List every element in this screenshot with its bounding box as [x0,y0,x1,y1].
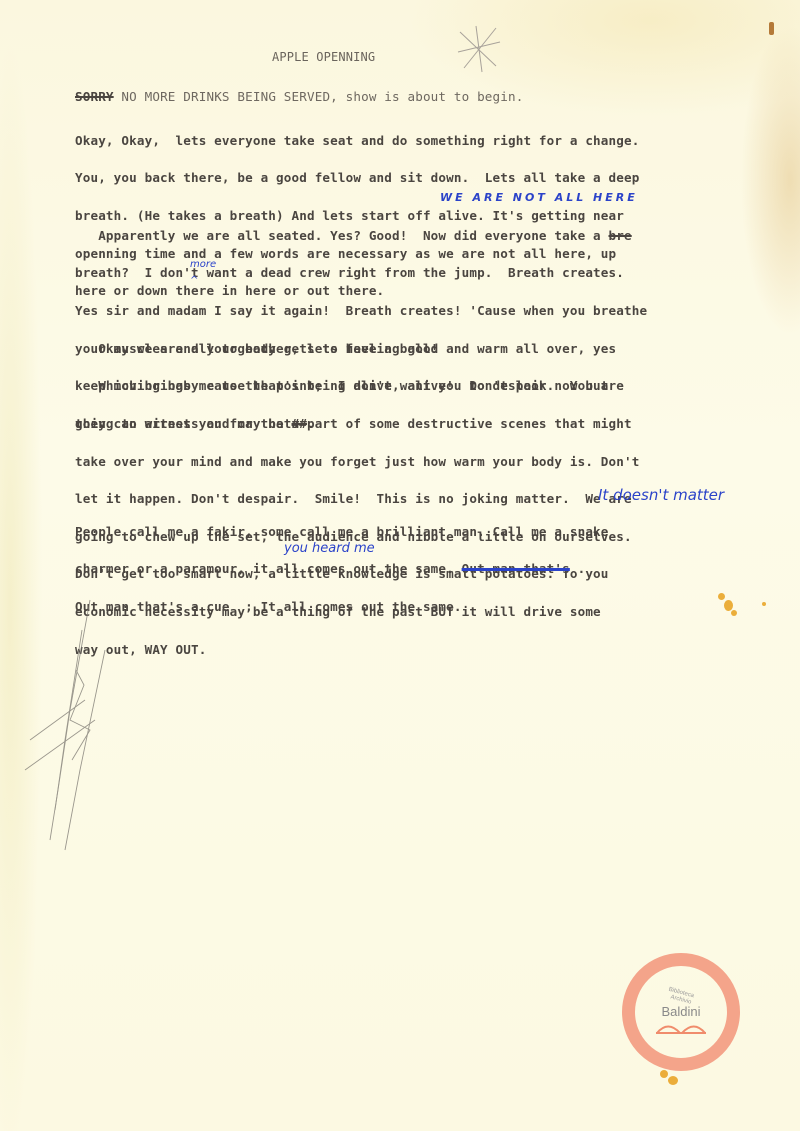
library-stamp: Biblioteca Archivio Baldini [622,953,740,1071]
text-line: You, you back there, be a good fellow an… [75,169,639,188]
text-line: charmer or a paramour, it all comes out … [75,561,462,576]
text-line: Yes sir and madam I say it again! Breath… [75,302,647,321]
text-line: Which brings me to the point; I don't wa… [75,377,639,396]
stain-spot [660,1070,668,1078]
stamp-name: Baldini [661,1004,700,1019]
annotation-you-heard-me: you heard me [284,541,375,556]
text-line: going to witness and may be a part of so… [75,415,639,434]
annotation-we-are-not-all-here: WE ARE NOT ALL HERE [440,191,638,204]
struck-fragment: Out man that's [462,561,570,576]
annotation-it-doesnt-matter: It doesn't matter [598,486,724,504]
annotation-more: more [190,259,216,270]
struck-fragment: bre [609,228,632,243]
struck-word-sorry: SORRY [75,89,114,104]
text-line: Out man that's a cue ; It all comes out … [75,598,609,617]
text-line: Apparently we are all seated. Yes? Good!… [75,228,609,243]
paragraph-4: People call me a fakir, some call me a b… [75,504,609,636]
stain-spot [668,1076,678,1085]
text-line: Okay, Okay, lets everyone take seat and … [75,132,639,151]
open-book-icon [655,1020,707,1034]
stain-spot [731,610,737,616]
pencil-asterisk-doodle [448,22,508,77]
insert-caret-mark: ^ [190,275,198,286]
text-line: People call me a fakir, some call me a b… [75,523,609,542]
header-line: SORRY NO MORE DRINKS BEING SERVED, show … [75,88,523,107]
stain-spot [762,602,766,606]
text-line: Okay we are all togeather, lets have a b… [75,340,639,359]
text-line: way out, WAY OUT. [75,641,639,660]
header-text: NO MORE DRINKS BEING SERVED, show is abo… [114,89,524,104]
text-line: breath? I don't want a dead crew right f… [75,264,647,283]
ink-stain-top-right [769,22,774,35]
text-line: take over your mind and make you forget … [75,453,639,472]
stain-spot [718,593,725,600]
pencil-scribble-left-margin [10,590,120,870]
document-title: APPLE OPENNING [272,48,375,67]
